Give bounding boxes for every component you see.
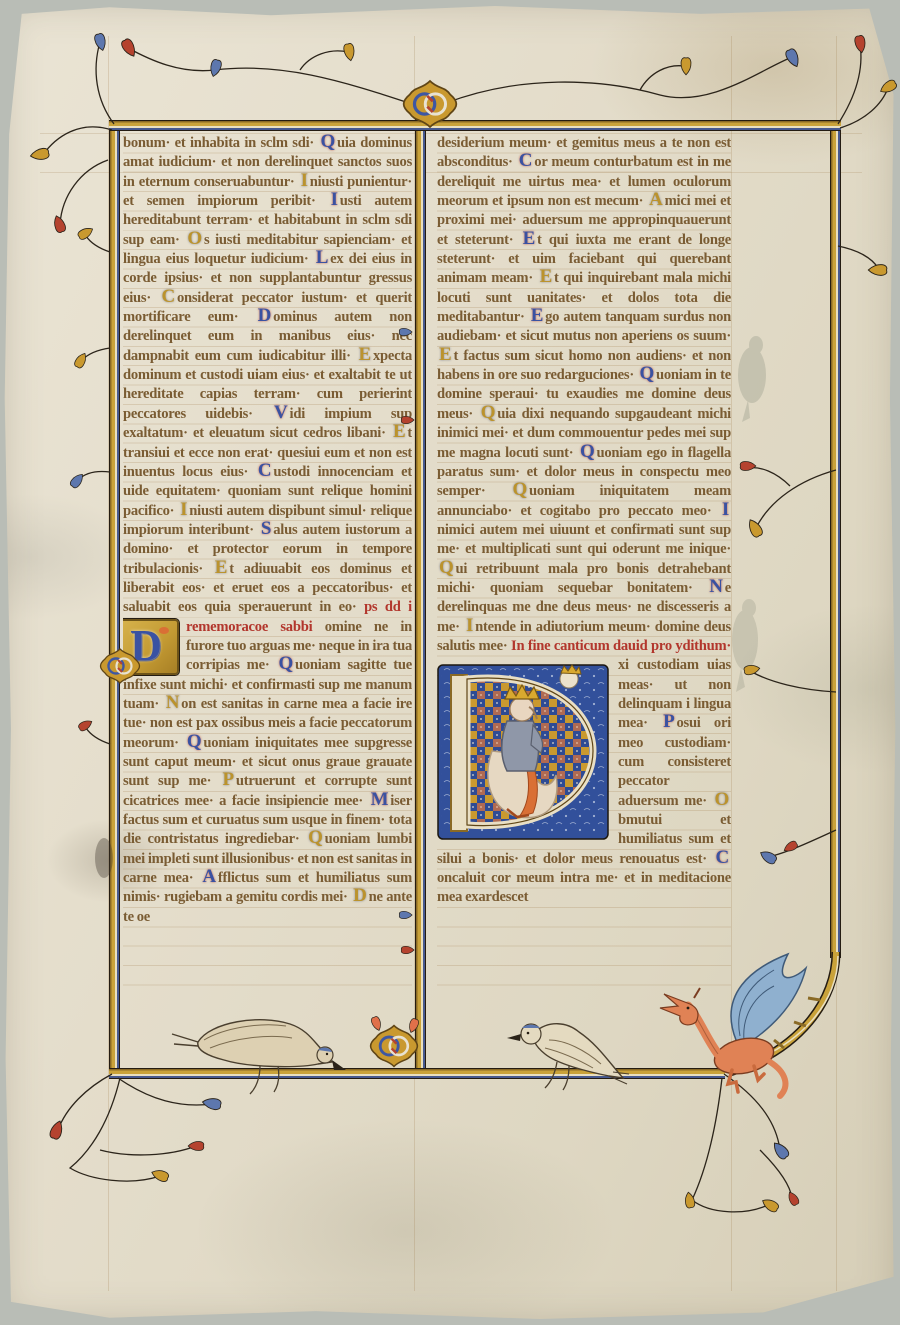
versal-initial-gold: E: [391, 425, 407, 438]
ruling-line: [731, 36, 732, 1291]
versal-initial-blue: Q: [185, 735, 204, 748]
versal-initial-blue: A: [200, 870, 217, 883]
versal-initial-gold: E: [437, 348, 453, 361]
versal-initial-blue: E: [529, 309, 545, 322]
versal-initial-blue: C: [256, 464, 273, 477]
versal-initial-blue: N: [707, 580, 724, 593]
text-column-right: desiderium meum· et gemitus meus a te no…: [437, 134, 731, 1002]
initial-letter: D: [123, 621, 177, 671]
versal-initial-blue: D: [256, 309, 273, 322]
border-bar-top-right: [426, 120, 841, 131]
versal-initial-blue: Q: [276, 657, 295, 670]
border-bar-left: [109, 120, 120, 1078]
versal-initial-blue: V: [272, 406, 289, 419]
text-column-left: bonum· et inhabita in sclm sdi· Quia dom…: [123, 134, 412, 996]
rubric-text: In fine canticum dauid pro ydithum·: [511, 638, 731, 654]
border-bar-bottom: [109, 1068, 725, 1079]
versal-initial-gold: C: [159, 290, 176, 303]
foliate-accent: [159, 627, 169, 634]
manuscript-photo: { "artifact": { "kind_label": "illuminat…: [0, 0, 900, 1325]
border-bar-top-left: [109, 120, 426, 131]
versal-initial-gold: E: [213, 561, 229, 574]
versal-initial-gold: N: [164, 696, 181, 709]
versal-initial-gold: Q: [510, 483, 529, 496]
decorated-initial-d: D: [123, 619, 179, 675]
versal-initial-gold: D: [351, 889, 368, 902]
versal-initial-blue: P: [661, 715, 676, 728]
versal-initial-gold: O: [712, 793, 731, 806]
versal-initial-blue: M: [369, 793, 391, 806]
versal-initial-blue: S: [259, 522, 273, 535]
psalm-text-run: bonum· et inhabita in sclm sdi·: [123, 135, 318, 151]
psalm-text-run: nimici autem mei uiuunt et confirmati su…: [437, 522, 731, 557]
versal-initial-blue: I: [720, 503, 731, 516]
versal-initial-blue: E: [521, 232, 537, 245]
versal-initial-gold: Q: [437, 561, 456, 574]
king-david-miniature: [437, 659, 609, 841]
versal-initial-gold: I: [178, 503, 189, 516]
border-bar-right: [830, 120, 841, 958]
versal-initial-gold: E: [357, 348, 373, 361]
border-bar-center: [415, 106, 426, 1078]
psalm-text-run: oncaluit cor meum intra me· et in medita…: [437, 870, 731, 905]
versal-initial-gold: I: [299, 174, 310, 187]
versal-initial-gold: E: [538, 270, 554, 283]
versal-initial-gold: I: [464, 619, 475, 632]
versal-initial-blue: Q: [318, 135, 337, 148]
versal-initial-gold: A: [647, 193, 664, 206]
crown: [505, 685, 539, 699]
historiated-initial-king-david: [437, 659, 609, 841]
psalm-text-run: ui retribuunt mala pro bonis detrahebant…: [437, 561, 731, 596]
versal-initial-gold: O: [185, 232, 204, 245]
versal-initial-gold: P: [221, 773, 236, 786]
versal-initial-gold: Q: [479, 406, 498, 419]
versal-initial-blue: Q: [637, 367, 656, 380]
versal-initial-blue: C: [714, 851, 731, 864]
versal-initial-gold: Q: [306, 831, 325, 844]
versal-initial-blue: L: [314, 251, 330, 264]
versal-initial-blue: I: [329, 193, 340, 206]
versal-initial-blue: Q: [578, 445, 597, 458]
versal-initial-blue: C: [517, 154, 534, 167]
